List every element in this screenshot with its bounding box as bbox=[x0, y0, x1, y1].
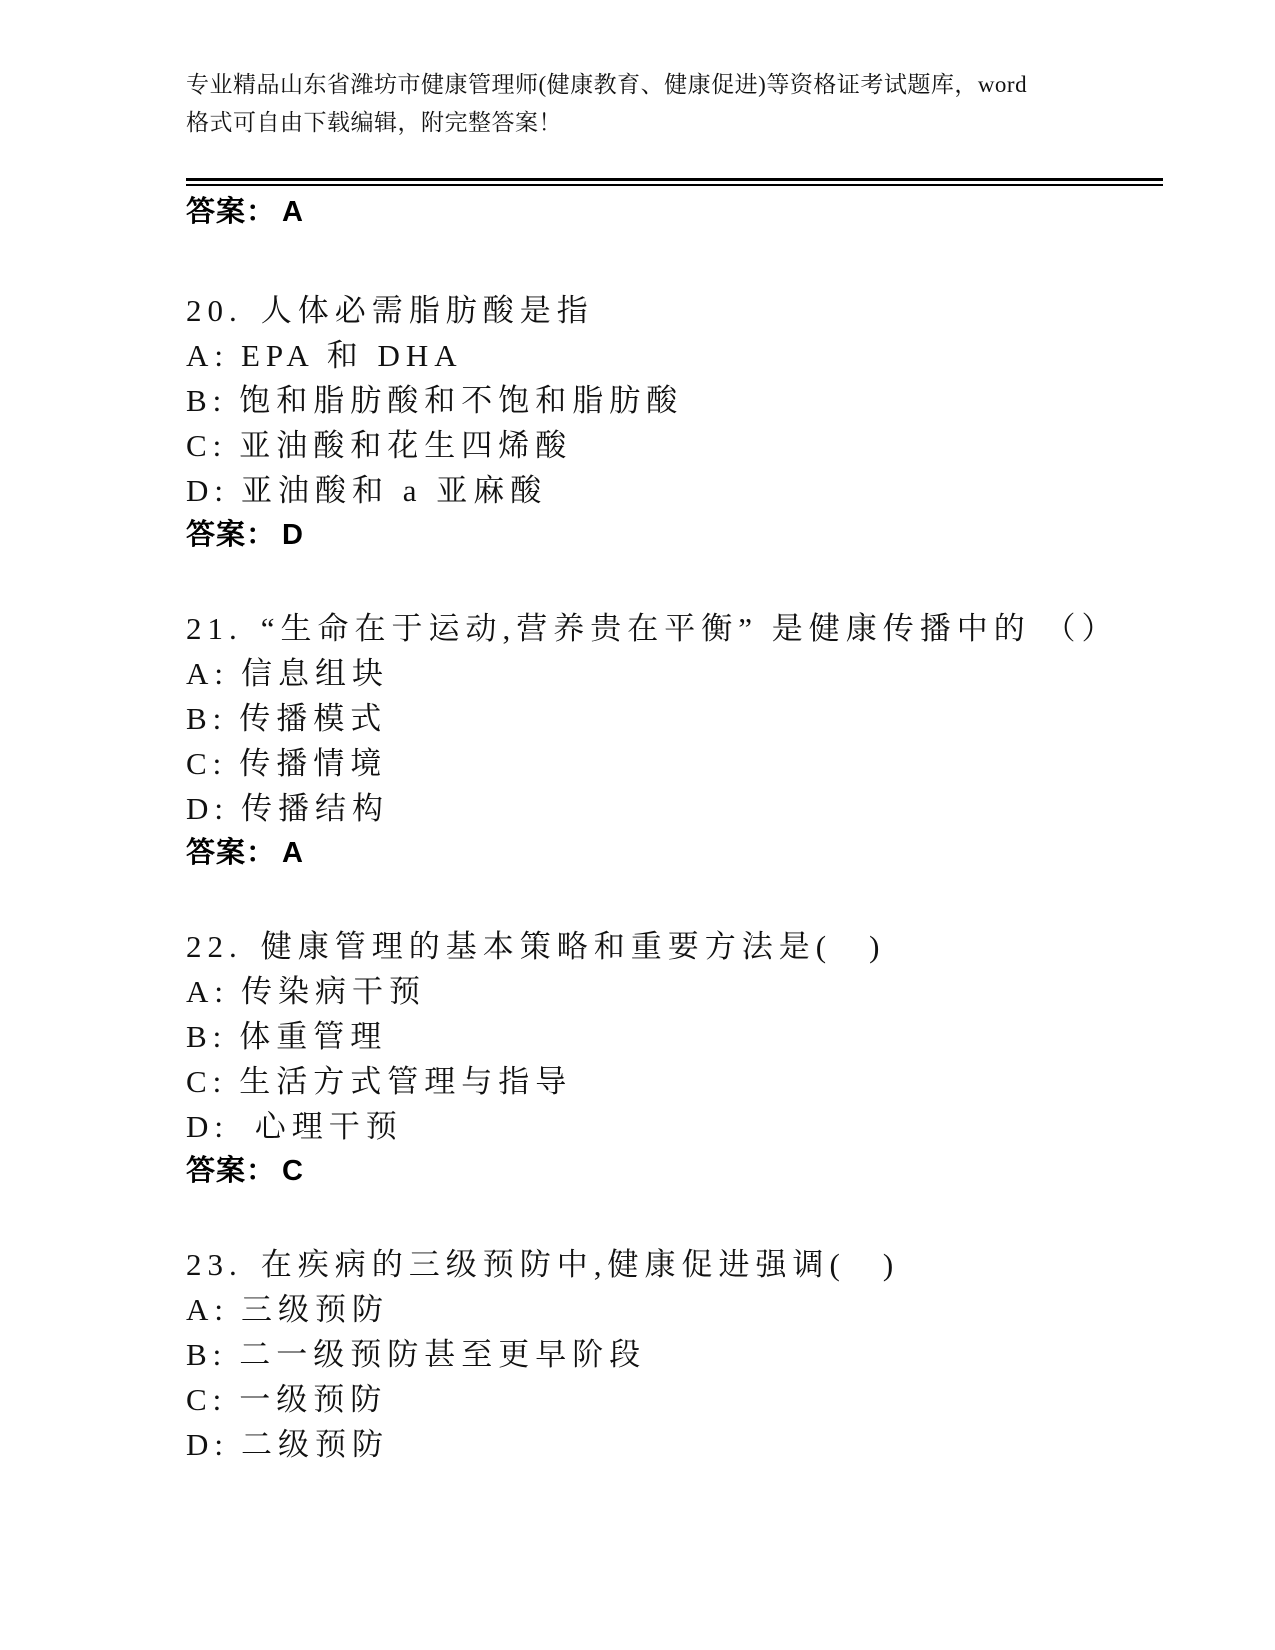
option-text: 亚油酸和 a 亚麻酸 bbox=[241, 473, 547, 508]
option-label: A: bbox=[186, 974, 229, 1009]
question-block-22: 22.健康管理的基本策略和重要方法是( ) A:传染病干预 B:体重管理 C:生… bbox=[186, 924, 1196, 1194]
option-text: 三级预防 bbox=[241, 1292, 389, 1327]
option-text: 一级预防 bbox=[239, 1382, 387, 1417]
option-text: 体重管理 bbox=[239, 1019, 387, 1054]
option-label: D: bbox=[186, 791, 229, 826]
question-block-21: 21.“生命在于运动,营养贵在平衡” 是健康传播中的 （） A:信息组块 B:传… bbox=[186, 606, 1196, 876]
answer-value: D bbox=[282, 519, 304, 551]
option-text: EPA 和 DHA bbox=[241, 338, 463, 373]
header-divider-rule bbox=[186, 178, 1163, 186]
question-block-23: 23.在疾病的三级预防中,健康促进强调( ) A:三级预防 B:二一级预防甚至更… bbox=[186, 1242, 1196, 1467]
option-text: 生活方式管理与指导 bbox=[239, 1064, 572, 1099]
answer-line-q21: 答案：A bbox=[186, 831, 1196, 876]
question-text: 人体必需脂肪酸是指 bbox=[261, 293, 594, 328]
option-text: 信息组块 bbox=[241, 656, 389, 691]
option-line-d: D:传播结构 bbox=[186, 786, 1196, 831]
option-label: A: bbox=[186, 656, 229, 691]
question-block-20: 20.人体必需脂肪酸是指 A:EPA 和 DHA B:饱和脂肪酸和不饱和脂肪酸 … bbox=[186, 288, 1196, 558]
answer-line-q22: 答案：C bbox=[186, 1149, 1196, 1194]
option-line-c: C:一级预防 bbox=[186, 1377, 1196, 1422]
option-line-c: C:生活方式管理与指导 bbox=[186, 1059, 1196, 1104]
option-label: C: bbox=[186, 746, 227, 781]
answer-label: 答案： bbox=[186, 196, 276, 228]
option-text: 心理干预 bbox=[241, 1109, 403, 1144]
answer-label: 答案： bbox=[186, 837, 276, 869]
option-line-c: C:亚油酸和花生四烯酸 bbox=[186, 423, 1196, 468]
option-line-a: A:传染病干预 bbox=[186, 969, 1196, 1014]
option-line-d: D:二级预防 bbox=[186, 1422, 1196, 1467]
option-text: 传染病干预 bbox=[241, 974, 426, 1009]
option-label: B: bbox=[186, 1019, 227, 1054]
option-label: D: bbox=[186, 1109, 229, 1144]
question-title: 23.在疾病的三级预防中,健康促进强调( ) bbox=[186, 1242, 1196, 1287]
answer-value: A bbox=[282, 196, 304, 228]
question-title: 21.“生命在于运动,营养贵在平衡” 是健康传播中的 （） bbox=[186, 606, 1196, 651]
option-text: 传播模式 bbox=[239, 701, 387, 736]
question-title: 22.健康管理的基本策略和重要方法是( ) bbox=[186, 924, 1196, 969]
option-line-a: A:EPA 和 DHA bbox=[186, 333, 1196, 378]
question-title: 20.人体必需脂肪酸是指 bbox=[186, 288, 1196, 333]
answer-label: 答案： bbox=[186, 1155, 276, 1187]
option-line-a: A:三级预防 bbox=[186, 1287, 1196, 1332]
option-text: 传播结构 bbox=[241, 791, 389, 826]
document-page: 专业精品山东省潍坊市健康管理师(健康教育、健康促进)等资格证考试题库，word … bbox=[0, 0, 1275, 1650]
option-text: 饱和脂肪酸和不饱和脂肪酸 bbox=[239, 383, 683, 418]
question-number: 23. bbox=[186, 1247, 243, 1282]
question-text: 健康管理的基本策略和重要方法是( ) bbox=[261, 929, 886, 964]
option-label: D: bbox=[186, 473, 229, 508]
answer-value: A bbox=[282, 837, 304, 869]
option-label: C: bbox=[186, 1064, 227, 1099]
option-line-a: A:信息组块 bbox=[186, 651, 1196, 696]
question-number: 20. bbox=[186, 293, 243, 328]
answer-label: 答案： bbox=[186, 519, 276, 551]
option-line-b: B:传播模式 bbox=[186, 696, 1196, 741]
answer-line-q19: 答案：A bbox=[186, 194, 1196, 230]
option-text: 二一级预防甚至更早阶段 bbox=[239, 1337, 646, 1372]
option-label: B: bbox=[186, 1337, 227, 1372]
header-line-2: 格式可自由下载编辑，附完整答案！ bbox=[186, 104, 1196, 142]
option-label: B: bbox=[186, 383, 227, 418]
option-label: C: bbox=[186, 428, 227, 463]
option-line-c: C:传播情境 bbox=[186, 741, 1196, 786]
option-line-b: B:体重管理 bbox=[186, 1014, 1196, 1059]
option-label: A: bbox=[186, 1292, 229, 1327]
question-text: “生命在于运动,营养贵在平衡” 是健康传播中的 （） bbox=[261, 611, 1119, 646]
question-number: 21. bbox=[186, 611, 243, 646]
doc-header: 专业精品山东省潍坊市健康管理师(健康教育、健康促进)等资格证考试题库，word … bbox=[186, 66, 1196, 142]
document-content: 专业精品山东省潍坊市健康管理师(健康教育、健康促进)等资格证考试题库，word … bbox=[186, 0, 1196, 1467]
question-number: 22. bbox=[186, 929, 243, 964]
option-text: 传播情境 bbox=[239, 746, 387, 781]
option-line-b: B:饱和脂肪酸和不饱和脂肪酸 bbox=[186, 378, 1196, 423]
option-text: 二级预防 bbox=[241, 1427, 389, 1462]
option-label: D: bbox=[186, 1427, 229, 1462]
answer-line-q20: 答案：D bbox=[186, 513, 1196, 558]
option-label: C: bbox=[186, 1382, 227, 1417]
header-line-1: 专业精品山东省潍坊市健康管理师(健康教育、健康促进)等资格证考试题库，word bbox=[186, 66, 1196, 104]
option-text: 亚油酸和花生四烯酸 bbox=[239, 428, 572, 463]
answer-value: C bbox=[282, 1155, 304, 1187]
option-line-d: D: 心理干预 bbox=[186, 1104, 1196, 1149]
question-text: 在疾病的三级预防中,健康促进强调( ) bbox=[261, 1247, 899, 1282]
option-label: B: bbox=[186, 701, 227, 736]
option-line-d: D:亚油酸和 a 亚麻酸 bbox=[186, 468, 1196, 513]
option-line-b: B:二一级预防甚至更早阶段 bbox=[186, 1332, 1196, 1377]
option-label: A: bbox=[186, 338, 229, 373]
